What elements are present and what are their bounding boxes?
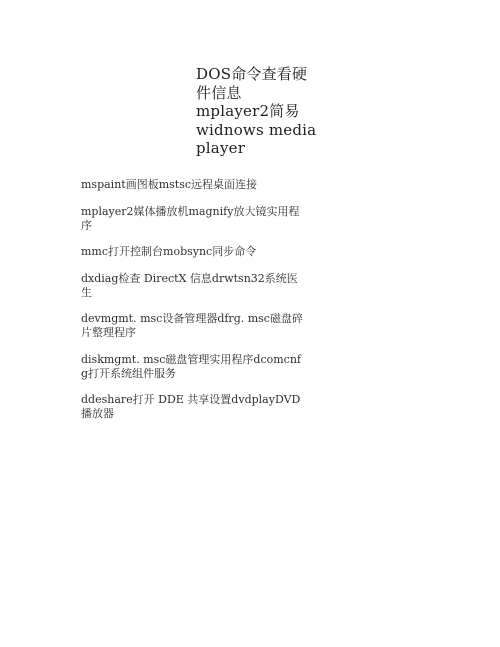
title-line: mplayer2简易	[196, 102, 311, 121]
title-line: 件信息	[196, 84, 311, 103]
document-title: DOS命令查看硬 件信息 mplayer2简易 widnows media pl…	[196, 65, 311, 158]
paragraph: mplayer2媒体播放机magnify放大镜实用程序	[81, 205, 306, 233]
paragraph: devmgmt. msc设备管理器dfrg. msc磁盘碎片整理程序	[81, 312, 306, 340]
paragraph: ddeshare打开 DDE 共享设置dvdplayDVD 播放器	[81, 393, 306, 421]
paragraph: dxdiag检查 DirectX 信息drwtsn32系统医生	[81, 272, 306, 300]
paragraph: mspaint画图板mstsc远程桌面连接	[81, 178, 306, 192]
paragraph: mmc打开控制台mobsync同步命令	[81, 245, 306, 259]
title-line: player	[196, 139, 311, 158]
document-body: mspaint画图板mstsc远程桌面连接 mplayer2媒体播放机magni…	[81, 178, 306, 434]
title-line: widnows media	[196, 121, 311, 140]
title-line: DOS命令查看硬	[196, 65, 311, 84]
paragraph: diskmgmt. msc磁盘管理实用程序dcomcnfg打开系统组件服务	[81, 353, 306, 381]
